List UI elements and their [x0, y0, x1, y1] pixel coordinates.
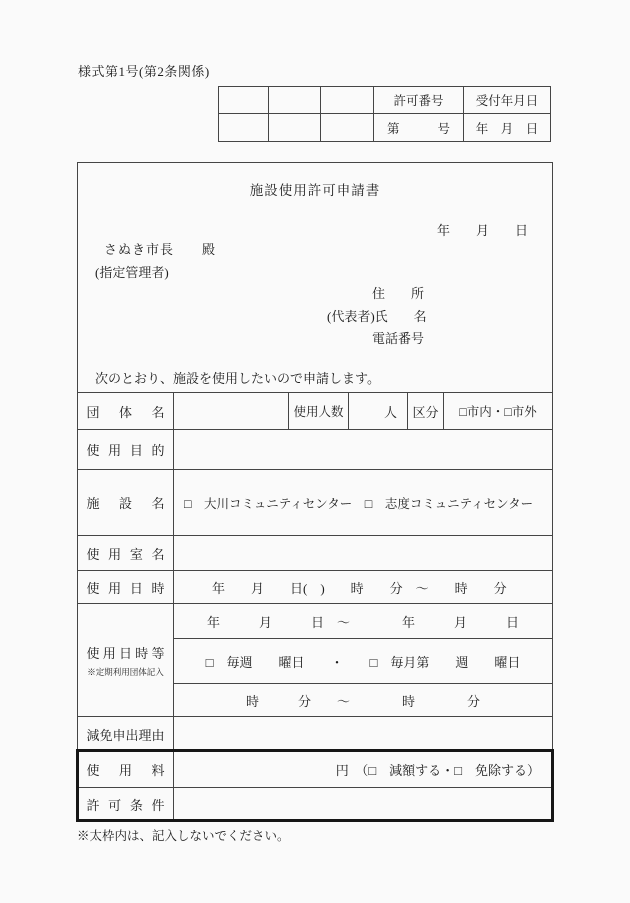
permit-number-header: 許可番号	[374, 87, 464, 114]
addressee-line: さぬき市長 殿	[104, 239, 216, 258]
received-date-field[interactable]: 年 月 日	[464, 114, 550, 141]
room-name-input[interactable]	[174, 536, 552, 571]
fee-label: 使用料	[78, 752, 174, 788]
phone-number-label[interactable]: 電話番号	[372, 328, 424, 347]
room-name-label: 使用室名	[78, 536, 174, 571]
facility-checkboxes[interactable]: □ 大川コミュニティセンター □ 志度コミュニティセンター	[174, 470, 552, 536]
schedule-weekly-checkboxes[interactable]: □ 毎週 曜日 ・ □ 毎月第 週 曜日	[174, 639, 552, 684]
users-count-label: 使用人数	[289, 393, 349, 430]
schedule-period-input[interactable]: 年 月 日 ～ 年 月 日	[174, 604, 552, 639]
users-count-input[interactable]: 人	[349, 393, 408, 430]
fee-value: 円 （□ 減額する・□ 免除する）	[174, 752, 552, 788]
form-title: 施設使用許可申請書	[78, 179, 552, 199]
purpose-label: 使用目的	[78, 430, 174, 470]
permit-conditions-input	[174, 788, 552, 821]
group-name-label: 団体名	[78, 393, 174, 430]
permit-number-prefix: 第	[387, 119, 400, 137]
office-use-stamp-table: 許可番号 受付年月日 第 号 年 月 日	[218, 86, 551, 142]
category-checkboxes[interactable]: □市内・□市外	[444, 393, 552, 430]
stamp-box-5[interactable]	[269, 114, 321, 141]
schedule-time-input[interactable]: 時 分 ～ 時 分	[174, 684, 552, 717]
reduction-reason-label: 減免申出理由	[78, 717, 174, 752]
received-date-header: 受付年月日	[464, 87, 550, 114]
stamp-box-1[interactable]	[219, 87, 269, 114]
application-date-line[interactable]: 年 月 日	[437, 220, 528, 239]
application-form-box: 施設使用許可申請書 年 月 日 さぬき市長 殿 (指定管理者) 住 所 (代表者…	[77, 162, 553, 822]
use-datetime-label: 使用日時	[78, 571, 174, 604]
stamp-box-4[interactable]	[219, 114, 269, 141]
form-code: 様式第1号(第2条関係)	[78, 61, 210, 80]
document-page: 様式第1号(第2条関係) 許可番号 受付年月日 第 号 年 月 日 施設使用許可…	[0, 0, 630, 903]
purpose-input[interactable]	[174, 430, 552, 470]
representative-name-label[interactable]: (代表者)氏 名	[327, 306, 427, 325]
reduction-reason-input[interactable]	[174, 717, 552, 752]
schedule-note: ※定期利用団体記入	[87, 666, 164, 678]
application-table: 団体名 使用人数 人 区分 □市内・□市外 使用目的 施設名 □ 大川コミュニテ…	[78, 392, 552, 820]
footer-note: ※太枠内は、記入しないでください。	[77, 826, 290, 844]
stamp-box-6[interactable]	[321, 114, 374, 141]
permit-number-field[interactable]: 第 号	[374, 114, 464, 141]
category-label: 区分	[408, 393, 444, 430]
stamp-box-3[interactable]	[321, 87, 374, 114]
stamp-box-2[interactable]	[269, 87, 321, 114]
intro-sentence: 次のとおり、施設を使用したいので申請します。	[95, 368, 380, 387]
permit-number-suffix: 号	[437, 119, 450, 137]
group-name-input[interactable]	[174, 393, 289, 430]
address-label[interactable]: 住 所	[372, 283, 424, 302]
facility-name-label: 施設名	[78, 470, 174, 536]
schedule-label: 使用日時等 ※定期利用団体記入	[78, 604, 174, 717]
addressee-note: (指定管理者)	[95, 262, 169, 281]
use-datetime-input[interactable]: 年 月 日( ) 時 分 ～ 時 分	[174, 571, 552, 604]
permit-conditions-label: 許可条件	[78, 788, 174, 821]
